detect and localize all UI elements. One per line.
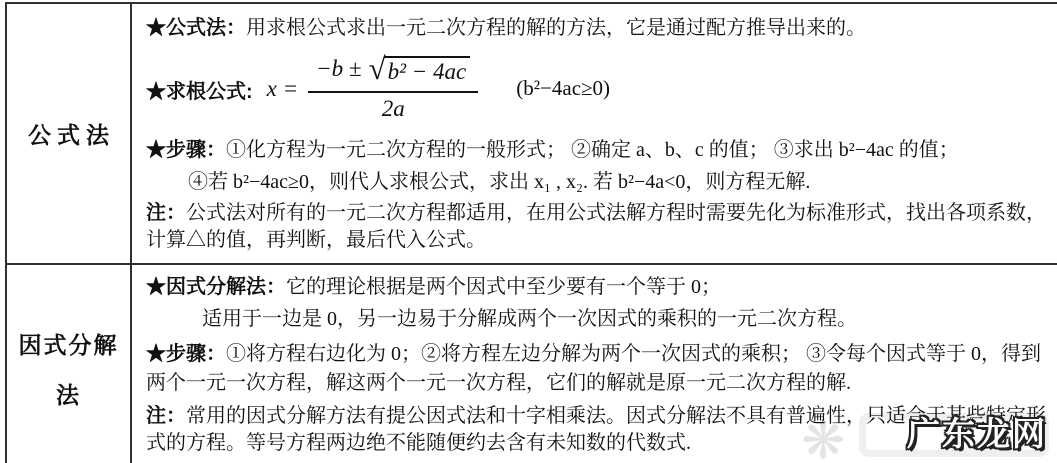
methods-table: 公式法 ★公式法：用求根公式求出一元二次方程的解的方法，它是通过配方推导出来的。… — [5, 2, 1057, 463]
table-row-factoring-method: 因式分解法 ★因式分解法：它的理论根据是两个因式中至少要有一个等于 0； 适用于… — [7, 265, 1057, 463]
definition-text-2: 适用于一边是 0，另一边易于分解成两个一次因式的乘积的一元二次方程。 — [202, 308, 857, 330]
steps-text-1: ①化方程为一元二次方程的一般形式； ②确定 a、b、c 的值； ③求出 b²−4… — [226, 139, 959, 161]
steps-line: ★步骤：①将方程右边化为 0；②将方程左边分解为两个一次因式的乘积； ③令每个因… — [146, 340, 1049, 398]
note-label: 注： — [146, 405, 186, 427]
square-root: √ b² − 4ac — [369, 56, 471, 87]
definition-label: ★因式分解法： — [146, 276, 286, 298]
steps-label: ★步骤： — [146, 343, 226, 365]
row-header-factoring-method: 因式分解法 — [7, 265, 132, 463]
steps-line-1: ★步骤：①化方程为一元二次方程的一般形式； ②确定 a、b、c 的值； ③求出 … — [146, 137, 1049, 163]
table-row-formula-method: 公式法 ★公式法：用求根公式求出一元二次方程的解的方法，它是通过配方推导出来的。… — [7, 4, 1057, 265]
note-label: 注： — [146, 202, 186, 224]
definition-label: ★公式法： — [146, 17, 246, 39]
definition-text: 它的理论根据是两个因式中至少要有一个等于 0； — [286, 276, 721, 298]
site-watermark: 广东龙网 — [907, 408, 1047, 455]
row-header-label: 公式法 — [22, 117, 115, 150]
radical-icon: √ — [369, 53, 386, 84]
row-header-label: 因式分解法 — [16, 307, 122, 421]
note-line: 注：公式法对所有的一元二次方程都适用，在用公式法解方程时需要先化为标准形式，找出… — [146, 200, 1049, 254]
steps-text: ①将方程右边化为 0；②将方程左边分解为两个一次因式的乘积； ③令每个因式等于 … — [146, 343, 1041, 394]
definition-line: ★公式法：用求根公式求出一元二次方程的解的方法，它是通过配方推导出来的。 — [146, 15, 1049, 41]
quadratic-root-formula: x = −b ± √ b² − 4ac 2a (b²−4ac≥0 — [267, 56, 610, 121]
row-content-formula-method: ★公式法：用求根公式求出一元二次方程的解的方法，它是通过配方推导出来的。 ★求根… — [132, 4, 1057, 263]
root-formula-line: ★求根公式: x = −b ± √ b² − 4ac 2a — [146, 53, 1049, 125]
steps-text-2: ④若 b²−4ac≥0，则代人求根公式，求出 x₁ , x₂. 若 b²−4a<… — [188, 171, 810, 193]
fraction-numerator: −b ± √ b² − 4ac — [308, 56, 478, 92]
math-notes-sheet: ❋ 公式法 ★公式法：用求根公式求出一元二次方程的解的方法，它是通过配方推导出来… — [0, 0, 1057, 463]
radicand: b² − 4ac — [384, 56, 471, 85]
definition-line: ★因式分解法：它的理论根据是两个因式中至少要有一个等于 0； — [146, 274, 1049, 300]
formula-lhs: x = — [267, 76, 298, 102]
steps-line-2: ④若 b²−4ac≥0，则代人求根公式，求出 x₁ , x₂. 若 b²−4a<… — [146, 169, 1049, 195]
definition-line-2: 适用于一边是 0，另一边易于分解成两个一次因式的乘积的一元二次方程。 — [146, 306, 1049, 332]
steps-label: ★步骤： — [146, 139, 226, 161]
formula-fraction: −b ± √ b² − 4ac 2a — [308, 56, 478, 121]
fraction-denominator: 2a — [382, 93, 405, 122]
formula-condition: (b²−4ac≥0) — [516, 76, 610, 101]
row-header-formula-method: 公式法 — [7, 4, 132, 263]
definition-text: 用求根公式求出一元二次方程的解的方法，它是通过配方推导出来的。 — [246, 17, 866, 39]
note-text: 公式法对所有的一元二次方程都适用，在用公式法解方程时需要先化为标准形式，找出各项… — [146, 202, 1046, 251]
root-formula-label: ★求根公式: — [146, 75, 253, 104]
